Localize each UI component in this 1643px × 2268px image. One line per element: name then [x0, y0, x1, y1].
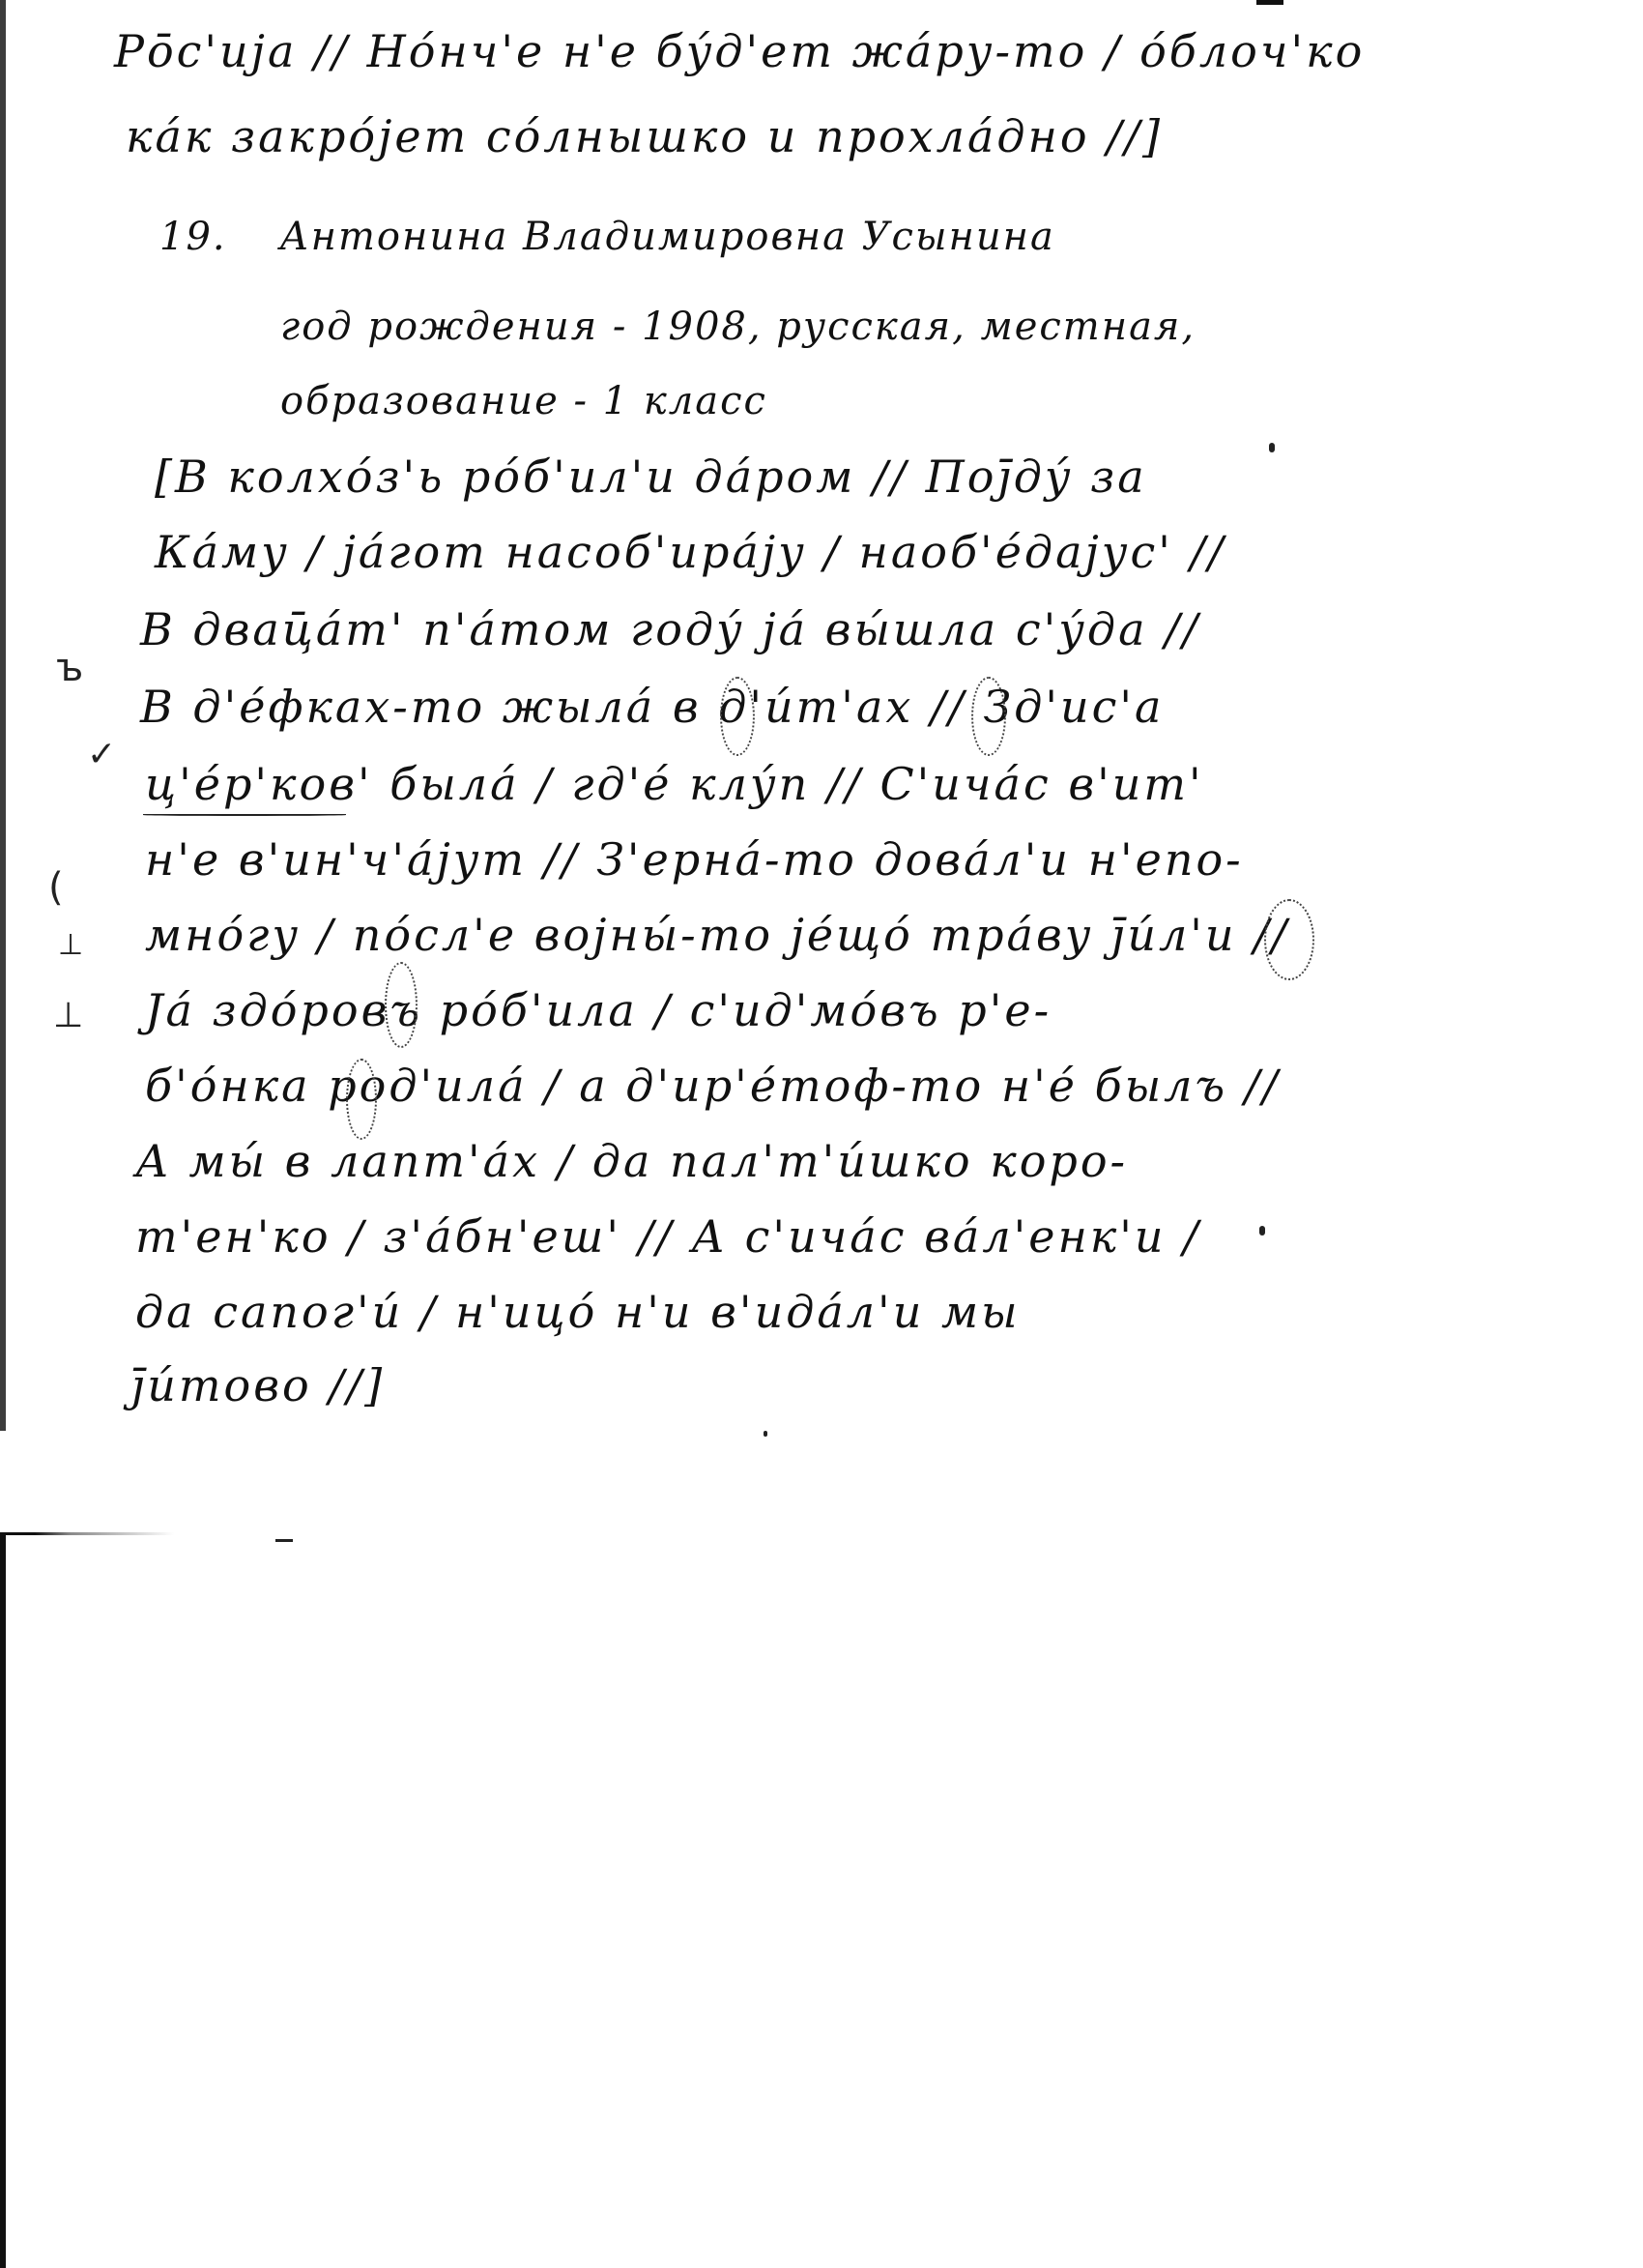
entry-header: 19. Антонина Владимировна Усынина [159, 218, 1055, 256]
scanned-page: Ро̄с'ија // Но́нч'е н'е бу́д'ет жа́ру-то… [0, 0, 1643, 2268]
transcript-line: А мы́ в лапт'а́х / да пал'т'и́шко коро- [135, 1139, 1128, 1183]
transcript-line: да сапог'и́ / н'ицо́ н'и в'ида́л'и мы [135, 1290, 1021, 1334]
stray-dot [1259, 1226, 1265, 1236]
margin-mark-tack: ⊥ [53, 996, 83, 1035]
corner-scan-mark [1256, 0, 1283, 5]
speaker-info-line-2: образование - 1 класс [280, 382, 767, 421]
continuation-line-2: ка́к закро́јет со́лнышко и прохла́дно //… [126, 114, 1163, 159]
stray-mark [275, 1539, 293, 1542]
transcript-line: ј̄и́тово //] [130, 1363, 385, 1408]
scan-edge-border-lower [0, 1532, 6, 2268]
circle-annotation [346, 1059, 377, 1140]
circle-annotation [1264, 899, 1314, 980]
transcript-line: б'о́нка род'ила́ / а д'ир'е́тоф-то н'е́ … [145, 1063, 1281, 1108]
transcript-line: Ја́ здо́ровъ ро́б'ила / с'ид'мо́въ р'е- [145, 988, 1052, 1032]
transcript-line: В двац̄а́т' п'а́том году́ ја́ вы́шла с'у… [140, 607, 1200, 652]
margin-mark-tack: ⊥ [58, 928, 83, 962]
transcript-line: н'е в'ин'ч'а́јут // З'ерна́-то дова́л'и … [145, 837, 1244, 882]
speaker-info-line-1: год рождения - 1908, русская, местная, [280, 307, 1196, 346]
transcript-line: Ка́му / ја́гот насоб'ира́ју / наоб'е́дај… [155, 530, 1225, 574]
transcript-line: ц'е́р'ков' была́ / гд'е́ клу́п // С'ича́… [145, 762, 1204, 806]
circle-annotation [971, 677, 1006, 756]
circle-annotation [720, 677, 755, 756]
stray-dot [1269, 443, 1275, 452]
transcript-line: мно́гу / по́сл'е војны́-то је́що́ тра́ву… [145, 913, 1289, 957]
circle-annotation [385, 962, 418, 1048]
stray-dot [764, 1431, 767, 1437]
underline-annotation [143, 814, 346, 816]
margin-mark-check: ✓ [87, 735, 116, 774]
entry-number: 19. [159, 215, 227, 259]
transcript-line: В д'е́фках-то жыла́ в д'и́т'ах // Зд'ис'… [140, 684, 1164, 729]
margin-mark-paren: ( [48, 865, 64, 910]
scan-fold-line [0, 1532, 174, 1535]
margin-mark-hard-sign: ъ [56, 646, 83, 690]
transcript-line: т'ен'ко / з'а́бн'еш' // А с'ича́с ва́л'е… [135, 1214, 1201, 1259]
continuation-line-1: Ро̄с'ија // Но́нч'е н'е бу́д'ет жа́ру-то… [114, 29, 1365, 73]
transcript-line: [В колхо́з'ь ро́б'ил'и да́ром // Пој̄ду́… [155, 454, 1147, 499]
speaker-name: Антонина Владимировна Усынина [279, 215, 1055, 259]
scan-edge-border [0, 0, 6, 1431]
